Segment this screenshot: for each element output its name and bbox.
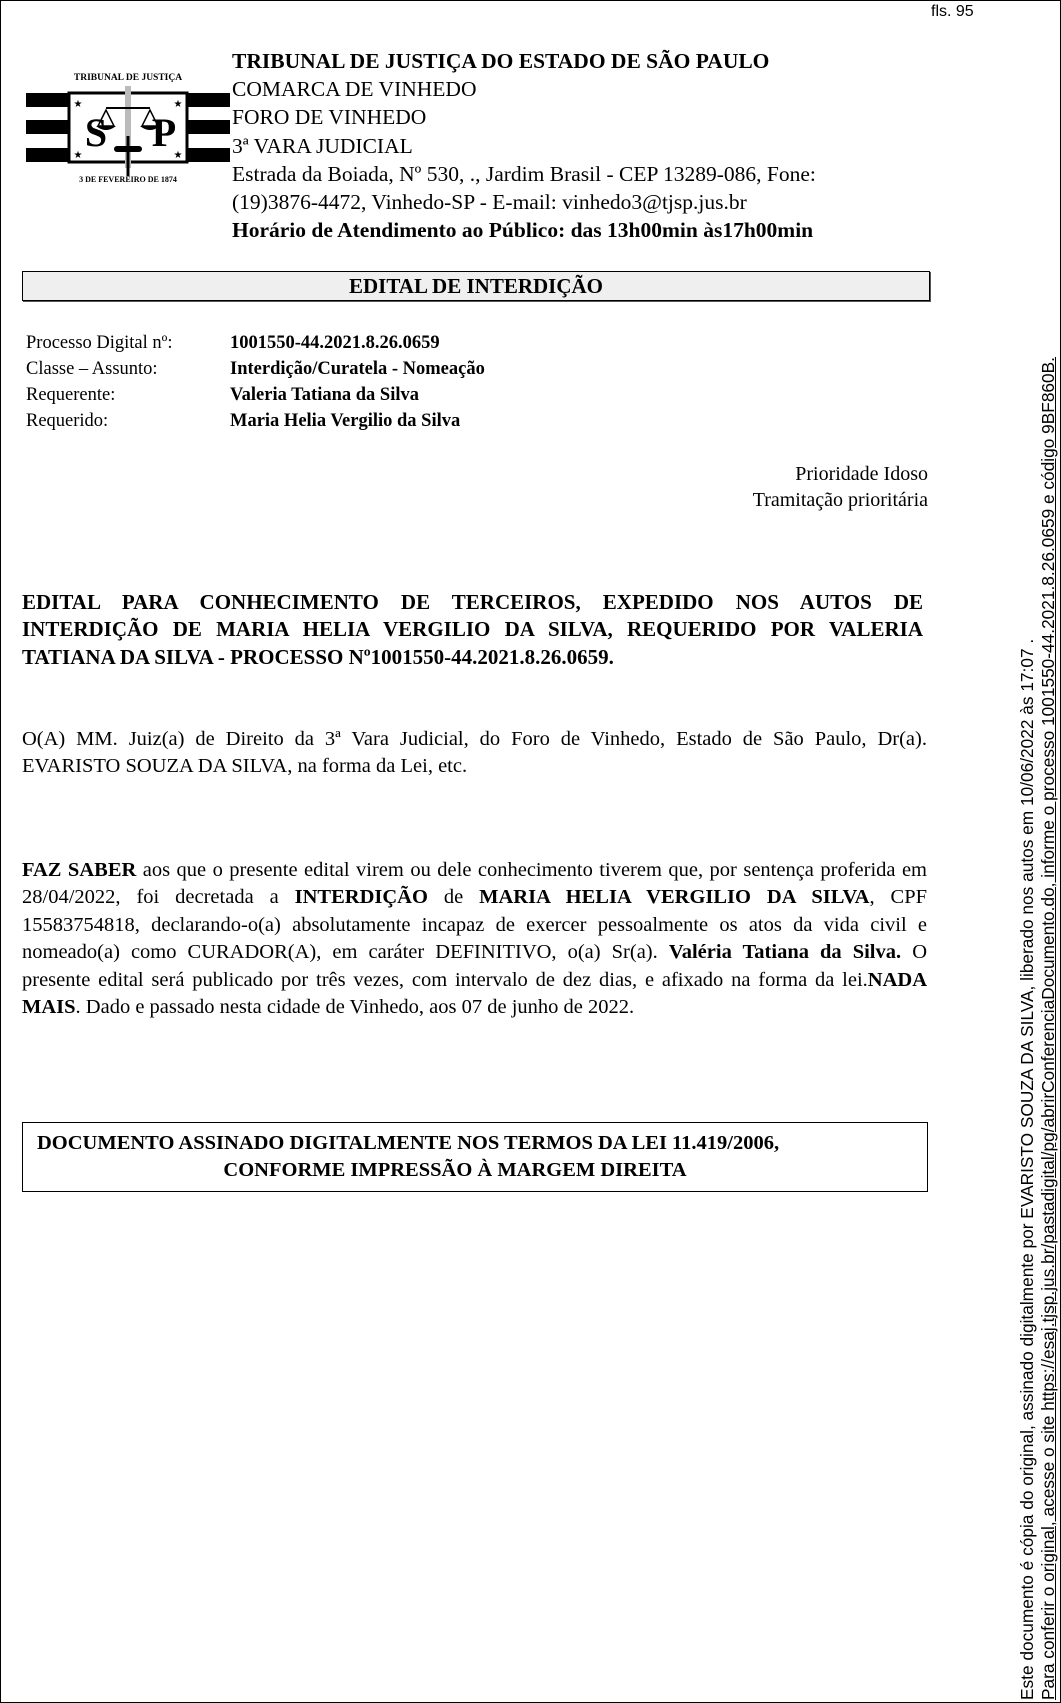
case-value: Maria Helia Vergilio da Silva	[230, 408, 460, 434]
judge-intro-paragraph: O(A) MM. Juiz(a) de Direito da 3ª Vara J…	[22, 726, 927, 781]
case-value: 1001550-44.2021.8.26.0659	[230, 330, 440, 356]
bold-segment: INTERDIÇÃO	[295, 886, 428, 908]
case-info-row: Requerente: Valeria Tatiana da Silva	[26, 382, 485, 408]
bold-segment: Valéria Tatiana da Silva.	[669, 941, 901, 963]
bold-segment: MARIA HELIA VERGILIO DA SILVA	[479, 886, 869, 908]
stamp-line-1: Este documento é cópia do original, assi…	[1017, 357, 1038, 1700]
document-title: EDITAL DE INTERDIÇÃO	[22, 271, 930, 301]
svg-text:3 DE FEVEREIRO DE 1874: 3 DE FEVEREIRO DE 1874	[79, 175, 177, 184]
case-label: Requerente:	[26, 382, 230, 408]
signature-notice-line-2: CONFORME IMPRESSÃO À MARGEM DIREITA	[0, 1157, 927, 1184]
edict-body-paragraph: FAZ SABER aos que o presente edital vire…	[22, 857, 927, 1021]
case-label: Processo Digital nº:	[26, 330, 230, 356]
case-info-table: Processo Digital nº: 1001550-44.2021.8.2…	[26, 330, 485, 434]
priority-line-1: Prioridade Idoso	[753, 461, 928, 487]
court-header: TRIBUNAL DE JUSTIÇA DO ESTADO DE SÃO PAU…	[232, 47, 816, 244]
digital-signature-notice: DOCUMENTO ASSINADO DIGITALMENTE NOS TERM…	[22, 1122, 928, 1192]
verification-stamp: Este documento é cópia do original, assi…	[1017, 357, 1058, 1700]
signature-notice-line-1: DOCUMENTO ASSINADO DIGITALMENTE NOS TERM…	[23, 1130, 927, 1157]
priority-line-2: Tramitação prioritária	[753, 487, 928, 513]
svg-text:S: S	[85, 110, 107, 155]
svg-text:TRIBUNAL DE JUSTIÇA: TRIBUNAL DE JUSTIÇA	[74, 73, 182, 83]
foro: FORO DE VINHEDO	[232, 103, 816, 131]
tjsp-logo: TRIBUNAL DE JUSTIÇA ★ ★ ★ ★ S P 3 DE FEV…	[26, 64, 230, 186]
case-value: Interdição/Curatela - Nomeação	[230, 356, 485, 382]
case-label: Classe – Assunto:	[26, 356, 230, 382]
page-border	[0, 0, 1061, 1703]
edict-heading-paragraph: EDITAL PARA CONHECIMENTO DE TERCEIROS, E…	[22, 589, 923, 671]
case-value: Valeria Tatiana da Silva	[230, 382, 419, 408]
folio-number: fls. 95	[931, 3, 974, 21]
text-segment: . Dado e passado nesta cidade de Vinhedo…	[76, 996, 635, 1018]
case-info-row: Classe – Assunto: Interdição/Curatela - …	[26, 356, 485, 382]
svg-text:★: ★	[174, 99, 183, 110]
address-line-2: (19)3876-4472, Vinhedo-SP - E-mail: vinh…	[232, 188, 816, 216]
comarca: COMARCA DE VINHEDO	[232, 75, 816, 103]
office-hours: Horário de Atendimento ao Público: das 1…	[232, 216, 816, 244]
stamp-verification-link[interactable]: Para conferir o original, acesse o site …	[1038, 357, 1059, 1700]
case-info-row: Requerido: Maria Helia Vergilio da Silva	[26, 408, 485, 434]
bold-segment: FAZ SABER	[22, 859, 136, 881]
svg-text:★: ★	[74, 99, 83, 110]
text-segment: de	[428, 886, 479, 908]
case-info-row: Processo Digital nº: 1001550-44.2021.8.2…	[26, 330, 485, 356]
case-label: Requerido:	[26, 408, 230, 434]
address-line-1: Estrada da Boiada, Nº 530, ., Jardim Bra…	[232, 160, 816, 188]
vara: 3ª VARA JUDICIAL	[232, 132, 816, 160]
svg-text:P: P	[152, 110, 176, 155]
svg-text:★: ★	[74, 150, 83, 161]
priority-note: Prioridade Idoso Tramitação prioritária	[753, 461, 928, 513]
court-name: TRIBUNAL DE JUSTIÇA DO ESTADO DE SÃO PAU…	[232, 47, 816, 75]
